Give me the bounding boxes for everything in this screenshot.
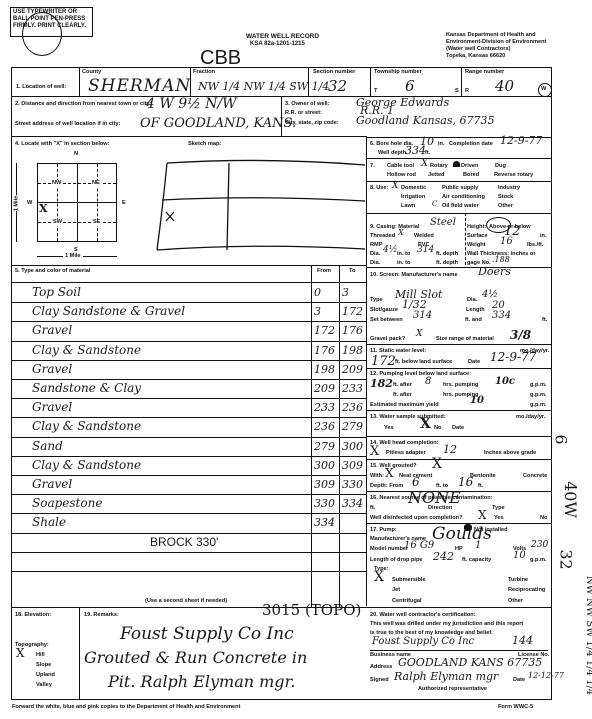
material-cell: Gravel — [32, 362, 72, 376]
margin-r: 40W — [561, 481, 580, 518]
model-value: 16 G9 — [404, 540, 434, 551]
use-public-supply: Public supply — [442, 185, 478, 192]
material-row-line — [11, 398, 366, 399]
centrifugal-label: Centrifugal — [392, 598, 422, 605]
jet-label: Jet — [392, 587, 400, 594]
margin-sec-value: 32 — [557, 549, 576, 569]
second-sheet-note: (Use a second sheet if needed) — [145, 598, 227, 605]
w-dash-v — [57, 164, 58, 241]
remarks-label: 19. Remarks: — [84, 612, 119, 619]
completion-label: Completion date — [449, 141, 493, 148]
static-level: 172 — [371, 354, 396, 369]
compass-n: N — [74, 151, 78, 158]
from-cell: 233 — [314, 401, 335, 414]
set-from: 314 — [413, 310, 432, 321]
row13-bottom — [366, 436, 552, 437]
mile-h-label: 1 Mile — [63, 253, 83, 260]
dia1-depth-unit: ft. depth — [436, 251, 458, 258]
to-cell: 330 — [342, 478, 363, 491]
range-dir: W — [541, 86, 546, 93]
rr-label: R.R. or street: — [285, 110, 322, 117]
street-label: Street address of well location if in ci… — [15, 121, 120, 128]
weight-value: 16 — [500, 236, 513, 247]
mile-v-label: 1 Mile — [13, 196, 20, 212]
township-prefix: T — [374, 88, 377, 95]
sample-yes: Yes — [384, 425, 394, 432]
yield-unit: g.p.m. — [530, 402, 546, 409]
township-dir: S — [455, 88, 459, 95]
material-cell: Clay & Sandstone — [32, 458, 141, 472]
county-label: County — [82, 69, 101, 76]
from-cell: 0 — [314, 286, 321, 299]
to-cell: 279 — [342, 420, 363, 433]
drop-pipe-label: Length of drop pipe — [370, 557, 423, 564]
weight-label: Weight — [467, 242, 486, 249]
margin-fraction-value: NW NW SW 1/4 1/4 1/4 — [584, 576, 592, 695]
address-value: GOODLAND KANS 67735 — [398, 656, 542, 669]
pumping-gpm-unit: g.p.m. — [530, 382, 546, 389]
pump-manufacturer: Goulds — [432, 524, 492, 544]
pumping-hours: 8 — [425, 376, 431, 387]
method-jetted: Jetted — [428, 172, 444, 179]
well-depth-value: 334 — [405, 144, 426, 157]
material-row-line — [11, 417, 366, 418]
dia1-label: Dia. — [370, 251, 380, 258]
use-oil-field: Oil field water — [442, 203, 479, 210]
to-cell: 300 — [342, 440, 363, 453]
from-cell: 279 — [314, 440, 335, 453]
pumping-after-label: ft. after — [393, 382, 412, 389]
method-driven: Driven — [461, 163, 478, 170]
material-row-line — [11, 571, 366, 572]
remarks-line-2: Grouted & Run Concrete in — [84, 648, 307, 667]
method-bored: Bored — [463, 172, 479, 179]
weight-unit: lbs./ft. — [527, 242, 543, 249]
row14-bottom — [366, 459, 552, 460]
quadrant-ne: NE — [91, 180, 101, 187]
to-cell: 209 — [342, 363, 363, 376]
business-line — [370, 650, 548, 651]
method-rotary-mark: X — [421, 158, 428, 169]
completion-value: 12-9-77 — [500, 134, 542, 147]
remarks-annotation: 3015 (TOPO) — [262, 601, 361, 619]
material-row-line — [11, 533, 366, 534]
to-cell: 172 — [342, 305, 363, 318]
method-hollow-rod: Hollow rod — [387, 172, 416, 179]
material-row-line — [11, 341, 366, 342]
use-lawn: Lawn — [401, 203, 415, 210]
casing-height-label: Height: — [467, 224, 486, 231]
type-label: Type — [492, 505, 505, 512]
material-row-line — [11, 437, 366, 438]
method-driven-mark — [453, 161, 460, 167]
surface-unit: in. — [540, 233, 547, 240]
material-row-line — [11, 513, 366, 514]
dia2-depth-unit: ft. depth — [436, 260, 458, 267]
from-cell: 176 — [314, 344, 335, 357]
range-label: Range number — [465, 69, 504, 76]
gravel-pack-mark: X — [416, 329, 422, 339]
to-cell: 334 — [342, 497, 363, 510]
margin-r-value: 40W — [561, 481, 580, 518]
to-header: To — [349, 268, 355, 275]
table-header-bottom — [11, 282, 366, 283]
quadrant-se: SE — [92, 219, 101, 226]
dia1-value: 4½ — [383, 245, 397, 255]
contamination-ft: ft. — [370, 505, 375, 512]
to-cell: 236 — [342, 401, 363, 414]
material-row-line — [11, 494, 366, 495]
from-cell: 198 — [314, 363, 335, 376]
hp-label: HP — [455, 546, 463, 553]
material-cell: Gravel — [32, 323, 72, 337]
material-row-line — [11, 552, 366, 553]
dia1-to: 314 — [417, 245, 434, 255]
section-grid-h — [37, 202, 117, 203]
screen-label: 10. Screen: Manufacturer's name — [370, 272, 457, 279]
set-to: 334 — [492, 310, 511, 321]
sample-date-label: Date — [452, 425, 464, 432]
material-row-line — [11, 360, 366, 361]
divider-loc — [79, 67, 80, 96]
margin-fraction: NW NW SW 1/4 1/4 1/4 — [584, 576, 592, 695]
forward-instructions: Forward the white, blue and pink copies … — [12, 704, 240, 711]
distance-label: 2. Distance and direction from nearest t… — [15, 101, 151, 108]
hill-mark: X — [16, 646, 25, 660]
table-top — [11, 265, 366, 266]
screen-dia: 4½ — [482, 289, 498, 300]
township-value: 6 — [405, 77, 415, 95]
material-cell: Clay & Sandstone — [32, 343, 141, 357]
method-dug: Dug — [495, 163, 506, 170]
location-label: 1. Location of well: — [16, 84, 66, 91]
material-cell: Top Soil — [32, 285, 81, 299]
grout-mark: X — [432, 456, 442, 472]
gage-value: .188 — [492, 255, 510, 264]
elevation-label: 18. Elevation: — [15, 612, 51, 619]
use-other: Other — [498, 203, 513, 210]
disinfected-label: Well disinfected upon completion? — [370, 515, 463, 522]
material-cell: Clay Sandstone & Gravel — [32, 304, 185, 318]
set-ft: ft. — [542, 317, 547, 324]
section-label: Section number — [313, 69, 355, 76]
material-cell: Sand — [32, 439, 63, 453]
remarks-line-3: Pit. Ralph Elyman mgr. — [108, 672, 296, 691]
capacity-value: 10 — [513, 550, 526, 561]
fraction-value: NW 1/4 NW 1/4 SW 1/4 — [198, 80, 329, 93]
row11-bottom — [366, 368, 552, 369]
cert-date-label: Date — [513, 677, 525, 684]
section-value: 32 — [328, 77, 347, 95]
size-range-value: 3/8 — [510, 328, 531, 342]
volts-value: 230 — [531, 540, 548, 550]
divider-section — [370, 67, 371, 96]
submersible-mark: X — [374, 569, 384, 585]
capacity-label: ft. capacity — [462, 557, 491, 564]
form-title: WATER WELL RECORD — [246, 33, 319, 40]
static-date: 12-9-77 — [490, 350, 536, 364]
certification-label: 20. Water well contractor's certificatio… — [370, 612, 476, 619]
casing-divider — [465, 213, 466, 265]
pumping-hrs-label: hrs. pumping — [443, 382, 478, 389]
form-number: Form WWC-5 — [498, 704, 533, 711]
agency-line-4: Topeka, Kansas 66620 — [446, 53, 505, 60]
address-label: Address — [370, 664, 392, 671]
wellhead-label: 14. Well head completion: — [370, 440, 439, 447]
pumping-gpm-unit-2: g.p.m. — [530, 392, 546, 399]
static-date-label: Date — [468, 359, 480, 366]
disinfected-yes: Yes — [494, 515, 504, 522]
screen-dia-label: Dia. — [467, 297, 477, 304]
to-cell: 176 — [342, 324, 363, 337]
margin-note: 6 40W 32 NW NW SW 1/4 1/4 1/4 — [570, 420, 590, 710]
to-cell: 233 — [342, 382, 363, 395]
material-cell: Shale — [32, 515, 66, 529]
use-oilfield-mark: C — [432, 200, 437, 208]
certification-text-1: This well was drilled under my jurisdict… — [370, 621, 523, 628]
sample-no: No — [434, 425, 441, 432]
concrete-label: Concrete — [523, 473, 547, 480]
casing-label: 9. Casing: Material — [370, 224, 419, 231]
screen-manufacturer: Doers — [478, 265, 511, 278]
margin-t-value: 6 — [552, 434, 571, 444]
wellhead-inches: 12 — [443, 443, 457, 456]
material-row-line — [11, 321, 366, 322]
screen-type-label: Type — [370, 297, 383, 304]
divider-township — [461, 67, 462, 96]
sample-date-fmt: mo./day/yr. — [516, 414, 545, 421]
below-land-label: ft. below land surface — [395, 359, 452, 366]
drop-pipe-value: 242 — [433, 550, 454, 563]
instruction-circle — [22, 12, 62, 56]
material-cell: Gravel — [32, 400, 72, 414]
to-cell: 198 — [342, 344, 363, 357]
gravel-pack-label: Gravel pack? — [370, 336, 405, 343]
elev-divider — [79, 607, 80, 700]
statute-number: KSA 82a-1201-1215 — [250, 41, 305, 48]
casing-material: Steel — [430, 217, 456, 228]
capacity-unit: g.p.m. — [530, 557, 546, 564]
county-value: SHERMAN — [88, 76, 191, 96]
row6-bottom — [366, 158, 552, 159]
dia2-label: Dia. — [370, 260, 380, 267]
disinfected-mark: X — [478, 508, 487, 522]
material-cell: Sandstone & Clay — [32, 381, 141, 395]
e-dash-v — [97, 164, 98, 241]
surface-label: Surface — [467, 233, 488, 240]
business-name: Foust Supply Co Inc — [372, 636, 474, 647]
cert-date: 12-12-77 — [528, 671, 564, 680]
city-value: Goodland Kansas, 67735 — [356, 114, 494, 127]
agency-line-1: Kansas Department of Health and — [446, 32, 536, 39]
welded-label: Welded — [414, 233, 434, 240]
quadrant-nw: NW — [51, 180, 62, 187]
margin-t: 6 — [552, 434, 571, 444]
sample-label: 13. Water sample submitted: — [370, 414, 446, 421]
yield-label: Estimated maximum yield — [370, 402, 439, 409]
range-value: 40 — [495, 77, 514, 95]
set-and: ft. and — [465, 317, 482, 324]
fraction-label: Fraction — [193, 69, 215, 76]
rmp-label: RMP — [370, 242, 382, 249]
material-header: 5. Type and color of material — [15, 268, 90, 275]
from-cell: 172 — [314, 324, 335, 337]
city-label: City, state, zip code: — [285, 120, 339, 127]
threaded-label: Threaded — [370, 233, 395, 240]
depth-from-label: Depth: From — [370, 483, 403, 490]
material-cell: BROCK 330' — [150, 535, 218, 549]
row12-bottom — [366, 410, 552, 411]
direction-label: Direction — [428, 505, 452, 512]
row10-bottom — [366, 344, 552, 345]
use-domestic: Domestic — [401, 185, 426, 192]
authorized-label: Authorized representative — [418, 686, 487, 693]
pump-other-label: Other — [508, 598, 523, 605]
grout-to: 16 — [458, 475, 473, 489]
model-label: Model number — [370, 546, 408, 553]
neat-cement-mark: X — [385, 466, 394, 480]
row8-bottom — [366, 213, 552, 214]
well-depth-label: Well depth — [378, 150, 406, 157]
bore-dia-unit: in. — [438, 141, 445, 148]
grout-from: 6 — [412, 475, 420, 489]
location-mark: X — [39, 202, 48, 215]
above-grade-label: Inches above grade — [484, 450, 536, 457]
method-num: 7. — [370, 163, 375, 170]
owner-label: 3. Owner of well: — [285, 101, 329, 108]
yield-value: 10 — [470, 395, 484, 406]
use-irrigation: Irrigation — [401, 194, 425, 201]
material-row-line — [11, 302, 366, 303]
pitless-label: Pitless adapter — [386, 450, 426, 457]
street-value: OF GOODLAND, KANS. — [140, 116, 296, 131]
pumping-gpm: 10c — [495, 376, 515, 387]
length-label: Length — [466, 307, 485, 314]
submersible-label: Submersible — [392, 577, 426, 584]
slope-label: Slope — [36, 662, 51, 669]
compass-e: E — [122, 200, 126, 207]
from-cell: 209 — [314, 382, 335, 395]
material-cell: Soapestone — [32, 496, 102, 510]
material-cell: Clay & Sandstone — [32, 419, 141, 433]
valley-label: Valley — [36, 682, 52, 689]
material-row-line — [11, 379, 366, 380]
method-reverse-rotary: Reverse rotary — [494, 172, 533, 179]
use-air-conditioning: Air conditioning — [442, 194, 485, 201]
use-stock: Stock — [498, 194, 513, 201]
disinfected-no: No — [540, 515, 547, 522]
dia2-unit: in. to — [397, 260, 410, 267]
set-between-label: Set between — [370, 317, 403, 324]
from-cell: 334 — [314, 516, 335, 529]
pumping-level: 182 — [370, 377, 393, 390]
method-rotary: Rotary — [430, 163, 448, 170]
agency-line-3: (Water well Contractors) — [446, 46, 510, 53]
hill-label: Hill — [36, 652, 45, 659]
license-number: 144 — [512, 634, 533, 647]
township-label: Township number — [374, 69, 422, 76]
material-row-line — [11, 475, 366, 476]
material-cell: Gravel — [32, 477, 72, 491]
well-depth-unit: ft. — [425, 150, 430, 157]
sample-no-mark: X — [420, 416, 431, 432]
bentonite-label: Bentonite — [470, 473, 496, 480]
distance-value: 4 W 9½ N/W — [146, 96, 236, 112]
material-row-line — [11, 456, 366, 457]
margin-sec: 32 — [557, 549, 576, 569]
use-industry: Industry — [498, 185, 520, 192]
from-cell: 330 — [314, 497, 335, 510]
size-range-label: Size range of material — [436, 336, 494, 343]
from-cell: 3 — [314, 305, 321, 318]
sketch-map — [155, 155, 367, 255]
from-cell: 236 — [314, 420, 335, 433]
from-cell: 309 — [314, 478, 335, 491]
quadrant-sw: SW — [52, 219, 63, 226]
method-cable: Cable tool — [387, 163, 414, 170]
to-cell: 3 — [342, 286, 349, 299]
slot-label: Slot/gauze — [370, 307, 398, 314]
pumping-after-label-2: ft. after — [393, 392, 412, 399]
pitless-mark: X — [370, 444, 379, 459]
remarks-line-1: Foust Supply Co Inc — [120, 624, 294, 644]
range-prefix: R — [465, 88, 469, 95]
hp-value: 1 — [475, 540, 481, 551]
row9-bottom — [366, 267, 552, 268]
dia1-unit: in. to — [397, 251, 410, 258]
turbine-label: Turbine — [508, 577, 528, 584]
row4-top — [11, 136, 366, 137]
with-label: With: — [370, 473, 384, 480]
from-header: From — [317, 268, 331, 275]
use-domestic-mark: X — [392, 181, 398, 191]
from-cell: 300 — [314, 459, 335, 472]
use-label: 8. Use: — [370, 185, 388, 192]
sketch-label: Sketch map: — [188, 141, 221, 148]
agency-line-2: Environment-Division of Environment — [446, 39, 546, 46]
grout-ft: ft. — [478, 483, 483, 490]
locate-label: 4. Locate with "X" in section below: — [15, 141, 110, 148]
threaded-mark: X — [398, 228, 404, 237]
signature: Ralph Elyman mgr — [394, 670, 498, 683]
signed-label: Signed — [370, 677, 389, 684]
to-cell: 309 — [342, 459, 363, 472]
upland-label: Upland — [36, 672, 55, 679]
compass-w: W — [27, 200, 32, 207]
reciprocating-label: Reciprocating — [508, 587, 545, 594]
pump-label: 17. Pump: — [370, 527, 397, 534]
